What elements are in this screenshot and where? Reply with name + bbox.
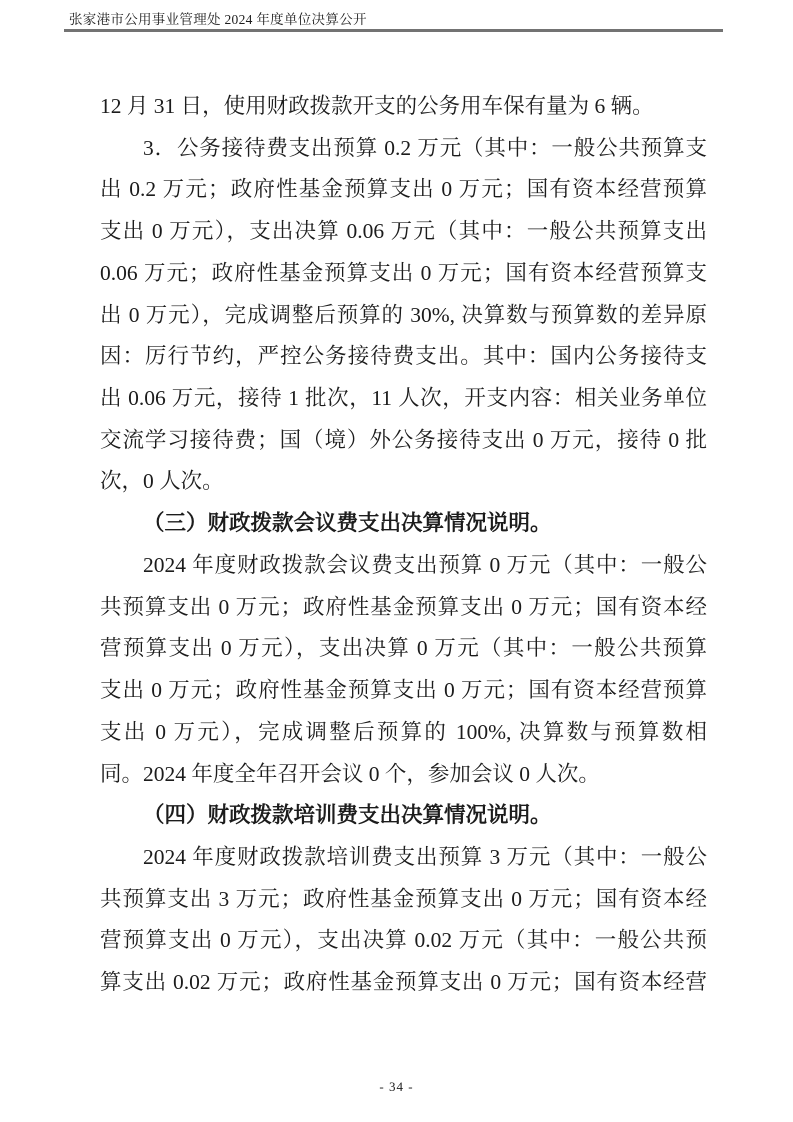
text-line: 交流学习接待费；国（境）外公务接待支出 0 万元，接待 0 批 [100, 420, 707, 462]
text-line: 支出 0 万元；政府性基金预算支出 0 万元；国有资本经营预算 [100, 670, 707, 712]
header-rule [64, 29, 723, 32]
page-footer: - 34 - [0, 1079, 793, 1095]
text-line: 出 0 万元），完成调整后预算的 30%, 决算数与预算数的差异原 [100, 295, 707, 337]
text-line: 出 0.06 万元，接待 1 批次，11 人次，开支内容：相关业务单位 [100, 378, 707, 420]
text-line: 同。2024 年度全年召开会议 0 个，参加会议 0 人次。 [100, 754, 707, 796]
section-heading: （三）财政拨款会议费支出决算情况说明。 [100, 503, 707, 545]
text-line: 算支出 0.02 万元；政府性基金预算支出 0 万元；国有资本经营 [100, 962, 707, 1004]
header-title: 张家港市公用事业管理处 2024 年度单位决算公开 [69, 12, 367, 28]
page-number: - 34 - [379, 1079, 413, 1094]
text-line: 2024 年度财政拨款培训费支出预算 3 万元（其中：一般公 [100, 837, 707, 879]
text-line: 3．公务接待费支出预算 0.2 万元（其中：一般公共预算支 [100, 128, 707, 170]
text-line: 支出 0 万元），完成调整后预算的 100%, 决算数与预算数相 [100, 712, 707, 754]
text-line: 出 0.2 万元；政府性基金预算支出 0 万元；国有资本经营预算 [100, 169, 707, 211]
text-line: 因：厉行节约，严控公务接待费支出。其中：国内公务接待支 [100, 336, 707, 378]
text-line: 次，0 人次。 [100, 461, 707, 503]
text-line: 支出 0 万元），支出决算 0.06 万元（其中：一般公共预算支出 [100, 211, 707, 253]
text-line: 12 月 31 日，使用财政拨款开支的公务用车保有量为 6 辆。 [100, 86, 707, 128]
text-line: 0.06 万元；政府性基金预算支出 0 万元；国有资本经营预算支 [100, 253, 707, 295]
document-body: 12 月 31 日，使用财政拨款开支的公务用车保有量为 6 辆。3．公务接待费支… [100, 86, 707, 1004]
text-line: 共预算支出 3 万元；政府性基金预算支出 0 万元；国有资本经 [100, 879, 707, 921]
text-line: 营预算支出 0 万元），支出决算 0 万元（其中：一般公共预算 [100, 628, 707, 670]
text-line: 共预算支出 0 万元；政府性基金预算支出 0 万元；国有资本经 [100, 587, 707, 629]
text-line: 2024 年度财政拨款会议费支出预算 0 万元（其中：一般公 [100, 545, 707, 587]
document-page: 张家港市公用事业管理处 2024 年度单位决算公开 12 月 31 日，使用财政… [0, 0, 793, 1122]
section-heading: （四）财政拨款培训费支出决算情况说明。 [100, 795, 707, 837]
text-line: 营预算支出 0 万元），支出决算 0.02 万元（其中：一般公共预 [100, 920, 707, 962]
